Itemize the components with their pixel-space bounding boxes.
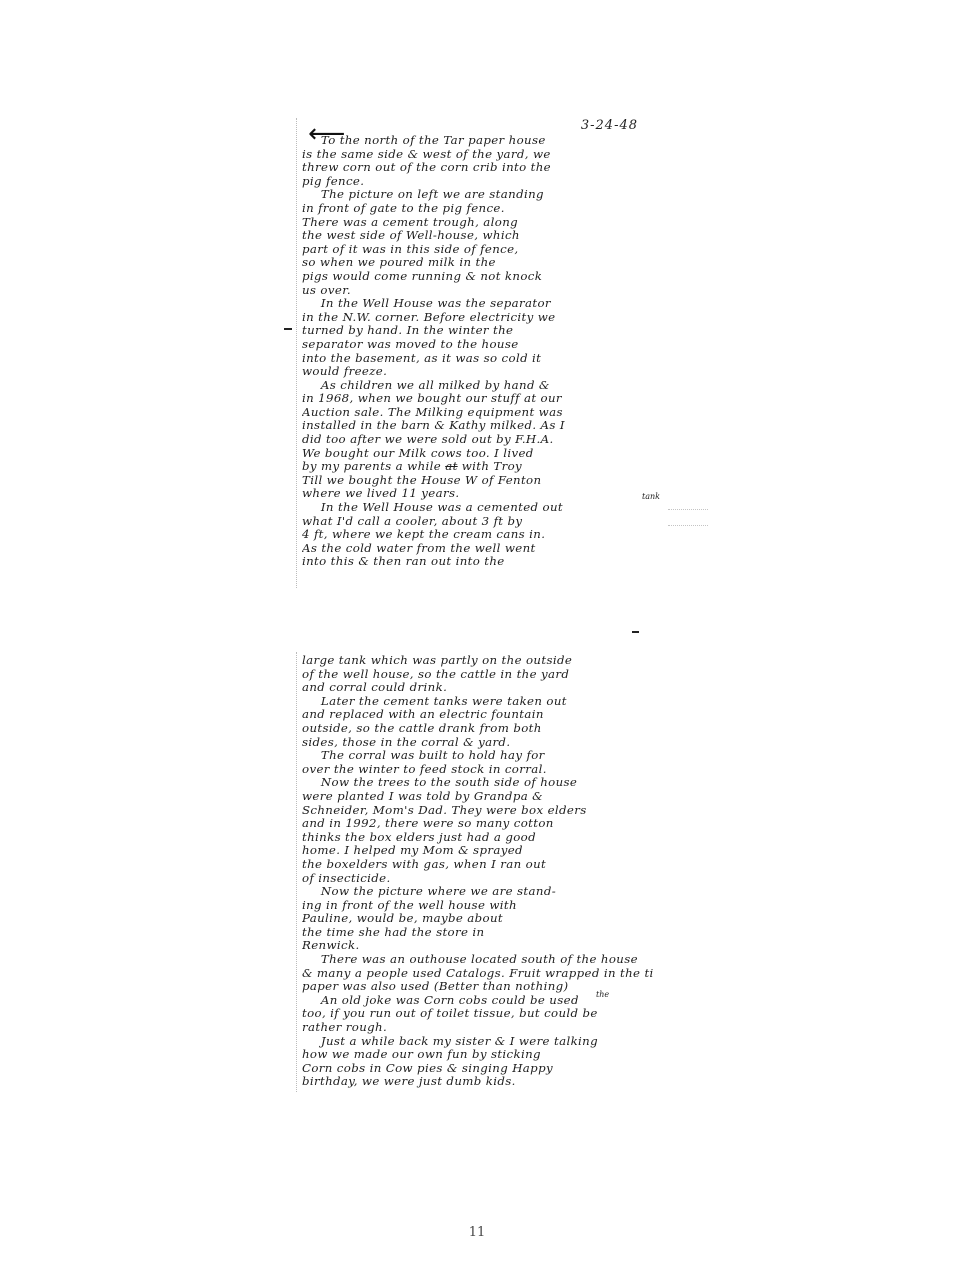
handwritten-line: home. I helped my Mom & sprayed <box>302 844 653 858</box>
handwritten-line: Till we bought the House W of Fenton <box>302 474 697 488</box>
bottom-scanned-handwritten-section: large tank which was partly on the outsi… <box>296 652 644 1092</box>
handwritten-line: of the well house, so the cattle in the … <box>302 668 653 682</box>
scan-dotted-edge <box>668 525 708 526</box>
handwritten-line: were planted I was told by Grandpa & <box>302 790 653 804</box>
handwritten-date: 3-24-48 <box>581 118 638 133</box>
handwritten-line: so when we poured milk in the <box>302 256 697 270</box>
handwritten-line: We bought our Milk cows too. I lived <box>302 447 697 461</box>
handwritten-line: is the same side & west of the yard, we <box>302 148 697 162</box>
margin-annotation-the: the <box>596 990 609 999</box>
handwritten-line: large tank which was partly on the outsi… <box>302 654 653 668</box>
handwritten-line: birthday, we were just dumb kids. <box>302 1075 653 1089</box>
handwritten-line: Pauline, would be, maybe about <box>302 912 653 926</box>
handwritten-line: In the Well House was a cemented out <box>302 501 697 515</box>
handwritten-line: where we lived 11 years. <box>302 487 697 501</box>
handwritten-line: & many a people used Catalogs. Fruit wra… <box>302 967 653 981</box>
handwritten-line: There was a cement trough, along <box>302 216 697 230</box>
scan-dotted-edge <box>668 509 708 510</box>
handwritten-line: of insecticide. <box>302 872 653 886</box>
scan-speck <box>632 631 639 633</box>
handwritten-line: 4 ft, where we kept the cream cans in. <box>302 528 697 542</box>
scan-speck <box>284 328 292 330</box>
handwritten-line: threw corn out of the corn crib into the <box>302 161 697 175</box>
handwritten-line: turned by hand. In the winter the <box>302 324 697 338</box>
scan-margin-line <box>296 118 297 588</box>
handwritten-line: Just a while back my sister & I were tal… <box>302 1035 653 1049</box>
struck-out-word: at <box>445 460 457 473</box>
handwritten-line: installed in the barn & Kathy milked. As… <box>302 419 697 433</box>
handwritten-line: the time she had the store in <box>302 926 653 940</box>
top-scanned-handwritten-section: ⟵ 3-24-48 To the north of the Tar paper … <box>296 118 686 588</box>
handwritten-line: The picture on left we are standing <box>302 188 697 202</box>
handwritten-line: Auction sale. The Milking equipment was <box>302 406 697 420</box>
handwritten-line: us over. <box>302 284 697 298</box>
handwritten-line: and replaced with an electric fountain <box>302 708 653 722</box>
handwritten-line: by my parents a while at with Troy <box>302 460 697 474</box>
handwritten-line: Renwick. <box>302 939 653 953</box>
handwritten-line: Corn cobs in Cow pies & singing Happy <box>302 1062 653 1076</box>
handwritten-line: into the basement, as it was so cold it <box>302 352 697 366</box>
handwritten-line: in front of gate to the pig fence. <box>302 202 697 216</box>
handwritten-line: did too after we were sold out by F.H.A. <box>302 433 697 447</box>
handwritten-line: how we made our own fun by sticking <box>302 1048 653 1062</box>
top-handwritten-lines: To the north of the Tar paper houseis th… <box>302 134 678 569</box>
handwritten-line: outside, so the cattle drank from both <box>302 722 653 736</box>
handwritten-line: would freeze. <box>302 365 697 379</box>
handwritten-line: the boxelders with gas, when I ran out <box>302 858 653 872</box>
bottom-handwritten-lines: large tank which was partly on the outsi… <box>302 654 636 1089</box>
handwritten-line: over the winter to feed stock in corral. <box>302 763 653 777</box>
handwritten-line: rather rough. <box>302 1021 653 1035</box>
handwritten-line: Now the picture where we are stand- <box>302 885 653 899</box>
handwritten-line: into this & then ran out into the <box>302 555 697 569</box>
handwritten-line: the west side of Well-house, which <box>302 229 697 243</box>
handwritten-line: part of it was in this side of fence, <box>302 243 697 257</box>
handwritten-line: Later the cement tanks were taken out <box>302 695 653 709</box>
handwritten-line: separator was moved to the house <box>302 338 697 352</box>
margin-annotation-tank: tank <box>642 492 660 501</box>
handwritten-line: what I'd call a cooler, about 3 ft by <box>302 515 697 529</box>
handwritten-line: To the north of the Tar paper house <box>302 134 697 148</box>
page-number: 11 <box>0 1225 954 1240</box>
handwritten-line: As the cold water from the well went <box>302 542 697 556</box>
handwritten-line: ing in front of the well house with <box>302 899 653 913</box>
handwritten-line: Now the trees to the south side of house <box>302 776 653 790</box>
handwritten-line: There was an outhouse located south of t… <box>302 953 653 967</box>
handwritten-line: thinks the box elders just had a good <box>302 831 653 845</box>
handwritten-line: pigs would come running & not knock <box>302 270 697 284</box>
handwritten-line: in the N.W. corner. Before electricity w… <box>302 311 697 325</box>
handwritten-line: pig fence. <box>302 175 697 189</box>
handwritten-line: Schneider, Mom's Dad. They were box elde… <box>302 804 653 818</box>
handwritten-line: sides, those in the corral & yard. <box>302 736 653 750</box>
handwritten-line: too, if you run out of toilet tissue, bu… <box>302 1007 653 1021</box>
handwritten-line: As children we all milked by hand & <box>302 379 697 393</box>
handwritten-line: and in 1992, there were so many cotton <box>302 817 653 831</box>
handwritten-line: and corral could drink. <box>302 681 653 695</box>
handwritten-line: In the Well House was the separator <box>302 297 697 311</box>
handwritten-line: in 1968, when we bought our stuff at our <box>302 392 697 406</box>
scan-margin-line <box>296 652 297 1092</box>
handwritten-line: The corral was built to hold hay for <box>302 749 653 763</box>
